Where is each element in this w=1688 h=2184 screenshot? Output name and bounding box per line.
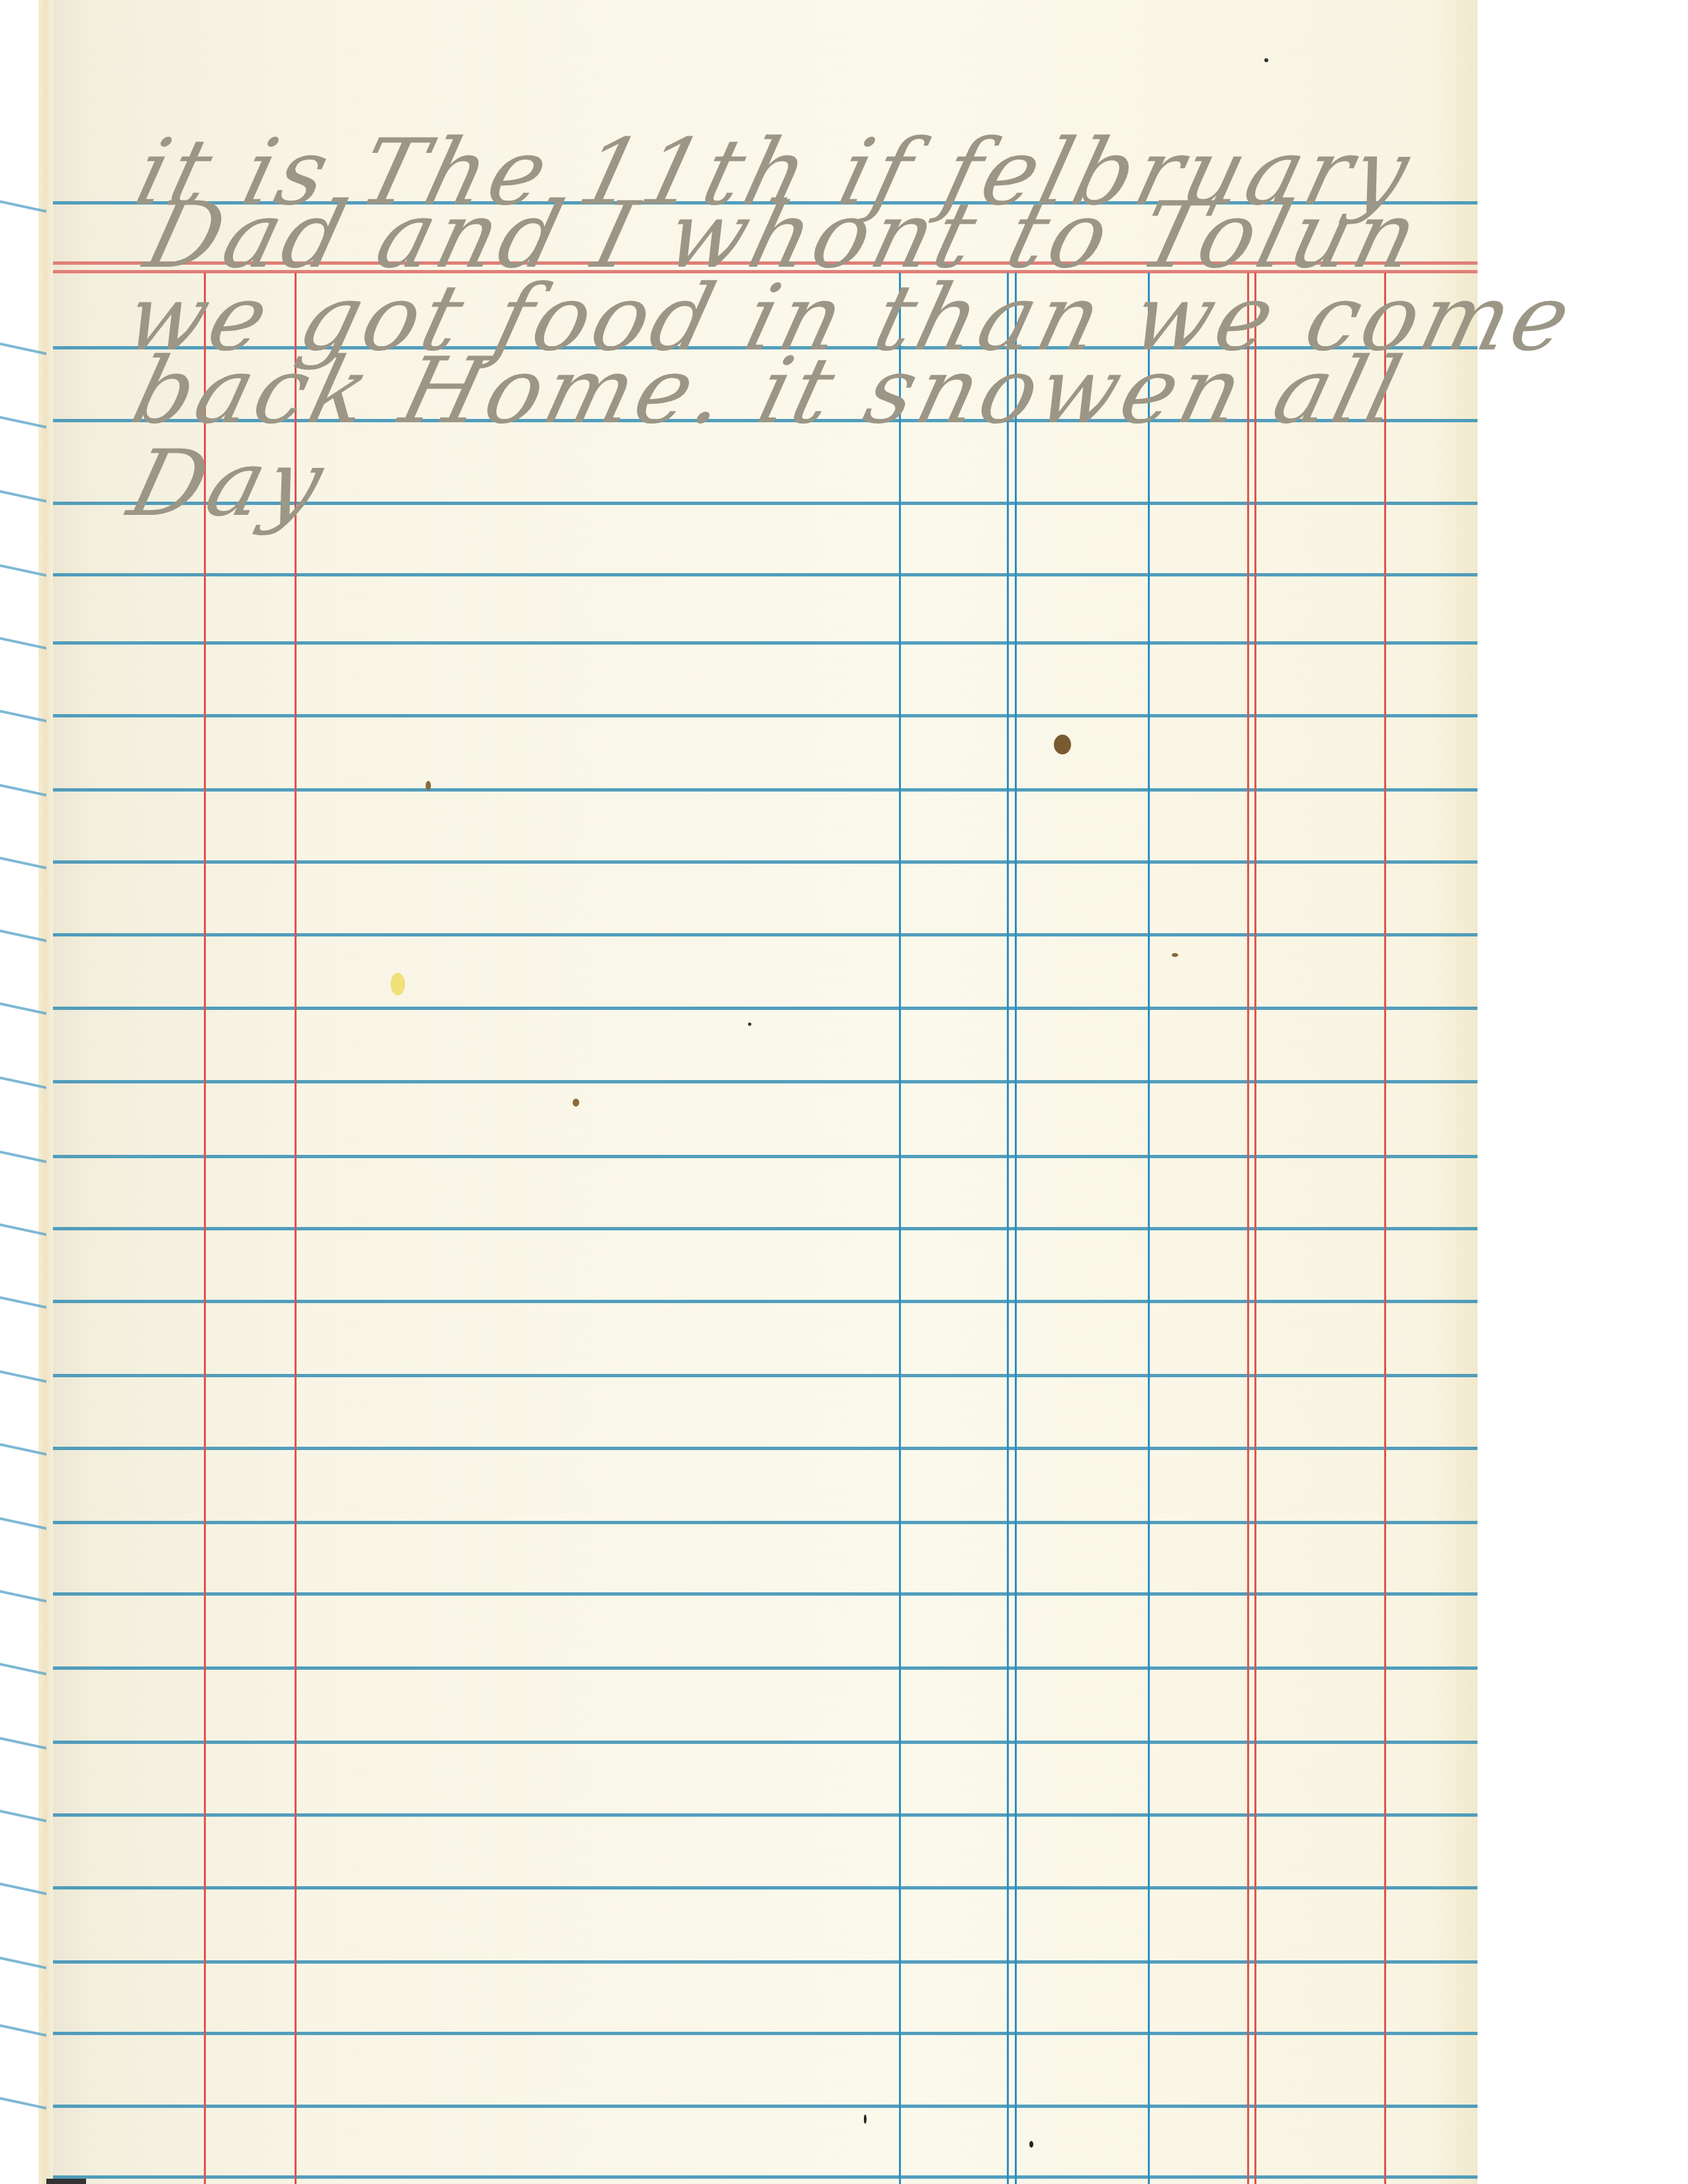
ruled-line <box>53 2175 1477 2179</box>
amount-column-blue-line <box>1148 273 1150 2184</box>
left-margin-red-line <box>295 273 297 2184</box>
ruled-line <box>53 1227 1477 1230</box>
ruled-line <box>53 1300 1477 1303</box>
ruled-line <box>53 1155 1477 1158</box>
total-column-red-line <box>1247 273 1249 2184</box>
paper-speck <box>1172 953 1178 957</box>
amount-column-blue-line <box>1007 273 1009 2184</box>
ruled-line <box>53 933 1477 936</box>
ruled-line <box>53 788 1477 792</box>
ruled-line <box>53 1080 1477 1083</box>
handwritten-line-4: back Home. it snowen all <box>122 338 1415 444</box>
ruled-line <box>53 2032 1477 2035</box>
paper-speck <box>573 1099 579 1107</box>
ruled-line <box>53 1447 1477 1450</box>
total-column-red-line <box>1254 273 1256 2184</box>
ruled-line <box>53 1592 1477 1596</box>
ruled-line <box>53 1666 1477 1670</box>
scan-edge-mark <box>46 2179 86 2184</box>
paper-speck <box>1029 2141 1033 2148</box>
ruled-line <box>53 573 1477 576</box>
left-margin-red-line <box>204 273 206 2184</box>
handwritten-line-5: Day <box>119 430 337 537</box>
ruled-line <box>53 1521 1477 1524</box>
amount-column-blue-line <box>899 273 901 2184</box>
paper-speck <box>1054 735 1071 754</box>
paper-speck <box>748 1023 751 1026</box>
page-spine-edge <box>38 0 53 2184</box>
ruled-line <box>53 1813 1477 1817</box>
ruled-line <box>53 641 1477 645</box>
ruled-line <box>53 1886 1477 1889</box>
ruled-line <box>53 860 1477 864</box>
ruled-line <box>53 1741 1477 1744</box>
ruled-line <box>53 714 1477 717</box>
paper-speck <box>1264 58 1268 62</box>
amount-column-blue-line <box>1015 273 1017 2184</box>
ruled-line <box>53 1007 1477 1010</box>
ruled-line <box>53 1374 1477 1377</box>
total-column-red-line <box>1384 273 1386 2184</box>
ruled-line <box>53 1960 1477 1964</box>
ruled-line <box>53 2105 1477 2108</box>
paper-speck <box>864 2115 867 2124</box>
paper-speck <box>391 973 405 995</box>
paper-speck <box>426 781 431 790</box>
